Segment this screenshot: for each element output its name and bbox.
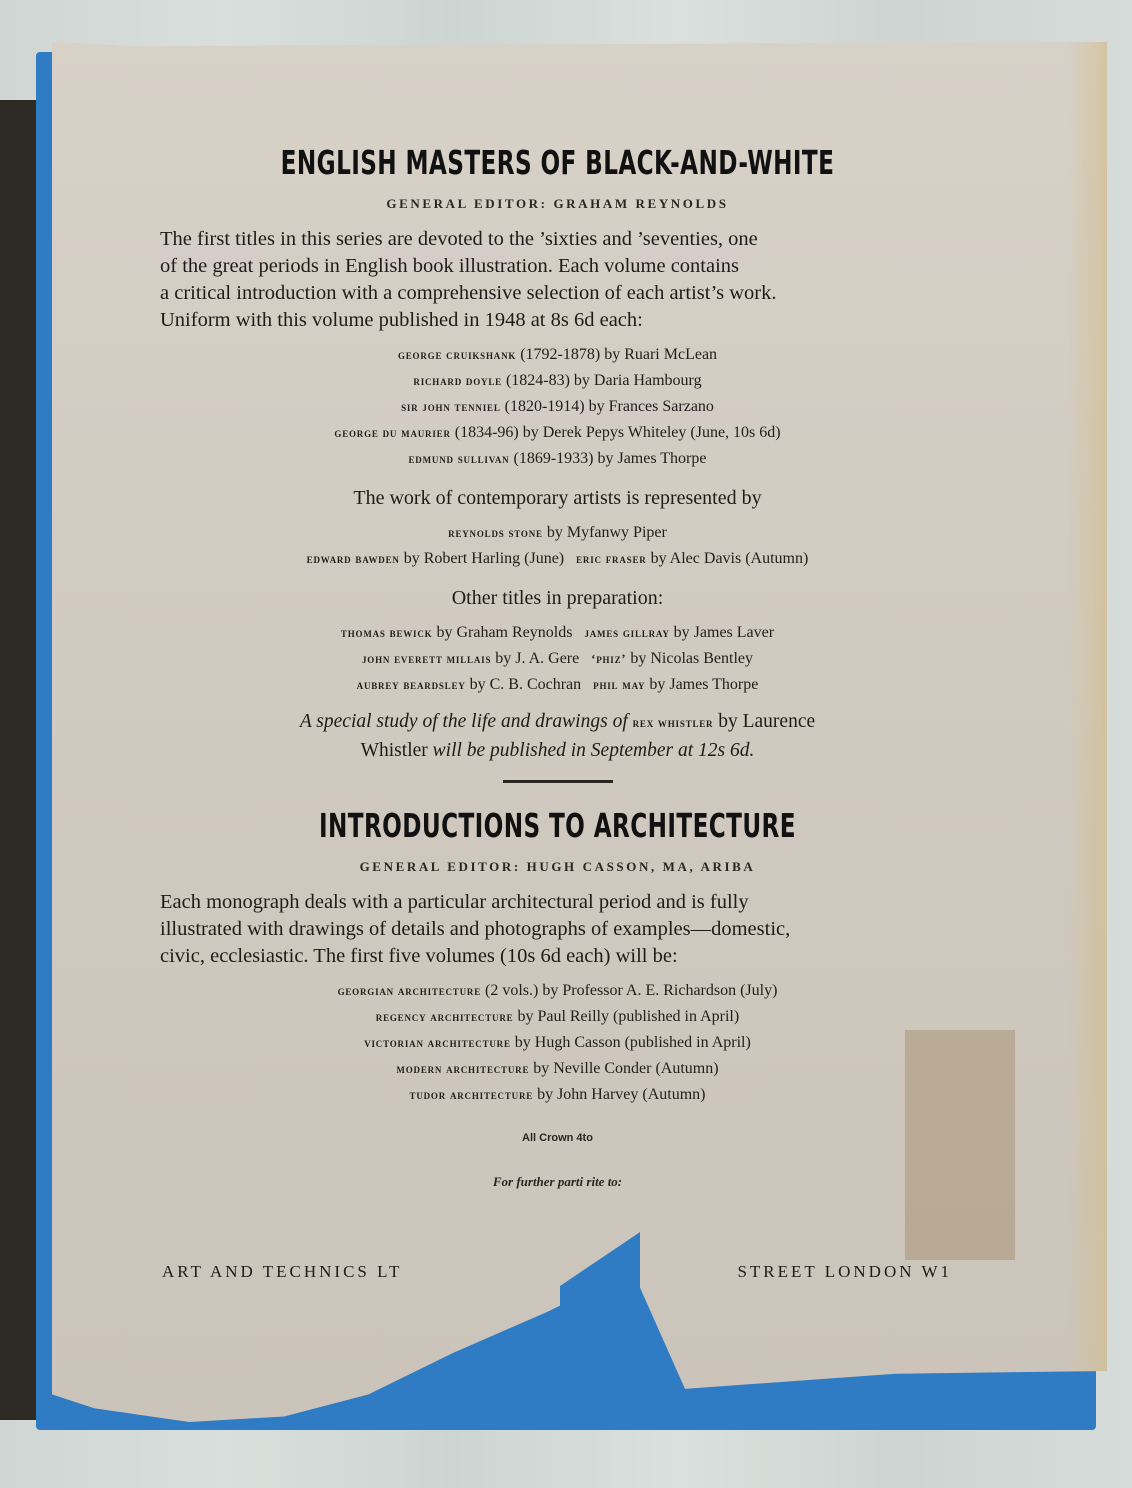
series-editor: GENERAL EDITOR: GRAHAM REYNOLDS bbox=[160, 196, 955, 212]
published-titles-list: George Cruikshank (1792-1878) by Ruari M… bbox=[160, 342, 955, 472]
contemporary-list: Reynolds Stone by Myfanwy Piper Edward B… bbox=[160, 520, 955, 572]
series-editor: GENERAL EDITOR: HUGH CASSON, MA, ARIBA bbox=[160, 859, 955, 875]
list-item: George Cruikshank (1792-1878) by Ruari M… bbox=[160, 342, 955, 368]
list-item: John Everett Millais by J. A. Gere ‘Phiz… bbox=[160, 646, 955, 672]
list-item: Richard Doyle (1824-83) by Daria Hambour… bbox=[160, 368, 955, 394]
address-right: STREET LONDON W1 bbox=[737, 1262, 952, 1282]
series-intro: The first titles in this series are devo… bbox=[160, 226, 955, 334]
shadow bbox=[0, 100, 40, 1420]
series-title-black-and-white: ENGLISH MASTERS OF BLACK-AND-WHITE bbox=[247, 140, 867, 186]
list-item: Georgian Architecture (2 vols.) by Profe… bbox=[160, 978, 955, 1004]
special-study-note: A special study of the life and drawings… bbox=[160, 708, 955, 764]
contemporary-heading: The work of contemporary artists is repr… bbox=[160, 484, 955, 512]
series-title-architecture: INTRODUCTIONS TO ARCHITECTURE bbox=[247, 803, 867, 849]
list-item: Victorian Architecture by Hugh Casson (p… bbox=[160, 1030, 955, 1056]
list-item: Reynolds Stone by Myfanwy Piper bbox=[160, 520, 955, 546]
address-left: ART AND TECHNICS LT bbox=[162, 1262, 402, 1282]
jacket-edge bbox=[1067, 42, 1107, 1422]
list-item: Sir John Tenniel (1820-1914) by Frances … bbox=[160, 394, 955, 420]
list-item: Thomas Bewick by Graham Reynolds James G… bbox=[160, 620, 955, 646]
list-item: Aubrey Beardsley by C. B. Cochran Phil M… bbox=[160, 672, 955, 698]
list-item: Tudor Architecture by John Harvey (Autum… bbox=[160, 1082, 955, 1108]
architecture-volumes-list: Georgian Architecture (2 vols.) by Profe… bbox=[160, 978, 955, 1108]
preparation-list: Thomas Bewick by Graham Reynolds James G… bbox=[160, 620, 955, 698]
format-note: All Crown 4to bbox=[160, 1132, 955, 1144]
list-item: Regency Architecture by Paul Reilly (pub… bbox=[160, 1004, 955, 1030]
further-particulars: For further parti rite to: bbox=[160, 1174, 955, 1190]
jacket-text: ENGLISH MASTERS OF BLACK-AND-WHITE GENER… bbox=[160, 140, 955, 1190]
list-item: Edmund Sullivan (1869-1933) by James Tho… bbox=[160, 446, 955, 472]
series-intro: Each monograph deals with a particular a… bbox=[160, 889, 955, 970]
list-item: George du Maurier (1834-96) by Derek Pep… bbox=[160, 420, 955, 446]
preparation-heading: Other titles in preparation: bbox=[160, 584, 955, 612]
list-item: Edward Bawden by Robert Harling (June) E… bbox=[160, 546, 955, 572]
list-item: Modern Architecture by Neville Conder (A… bbox=[160, 1056, 955, 1082]
